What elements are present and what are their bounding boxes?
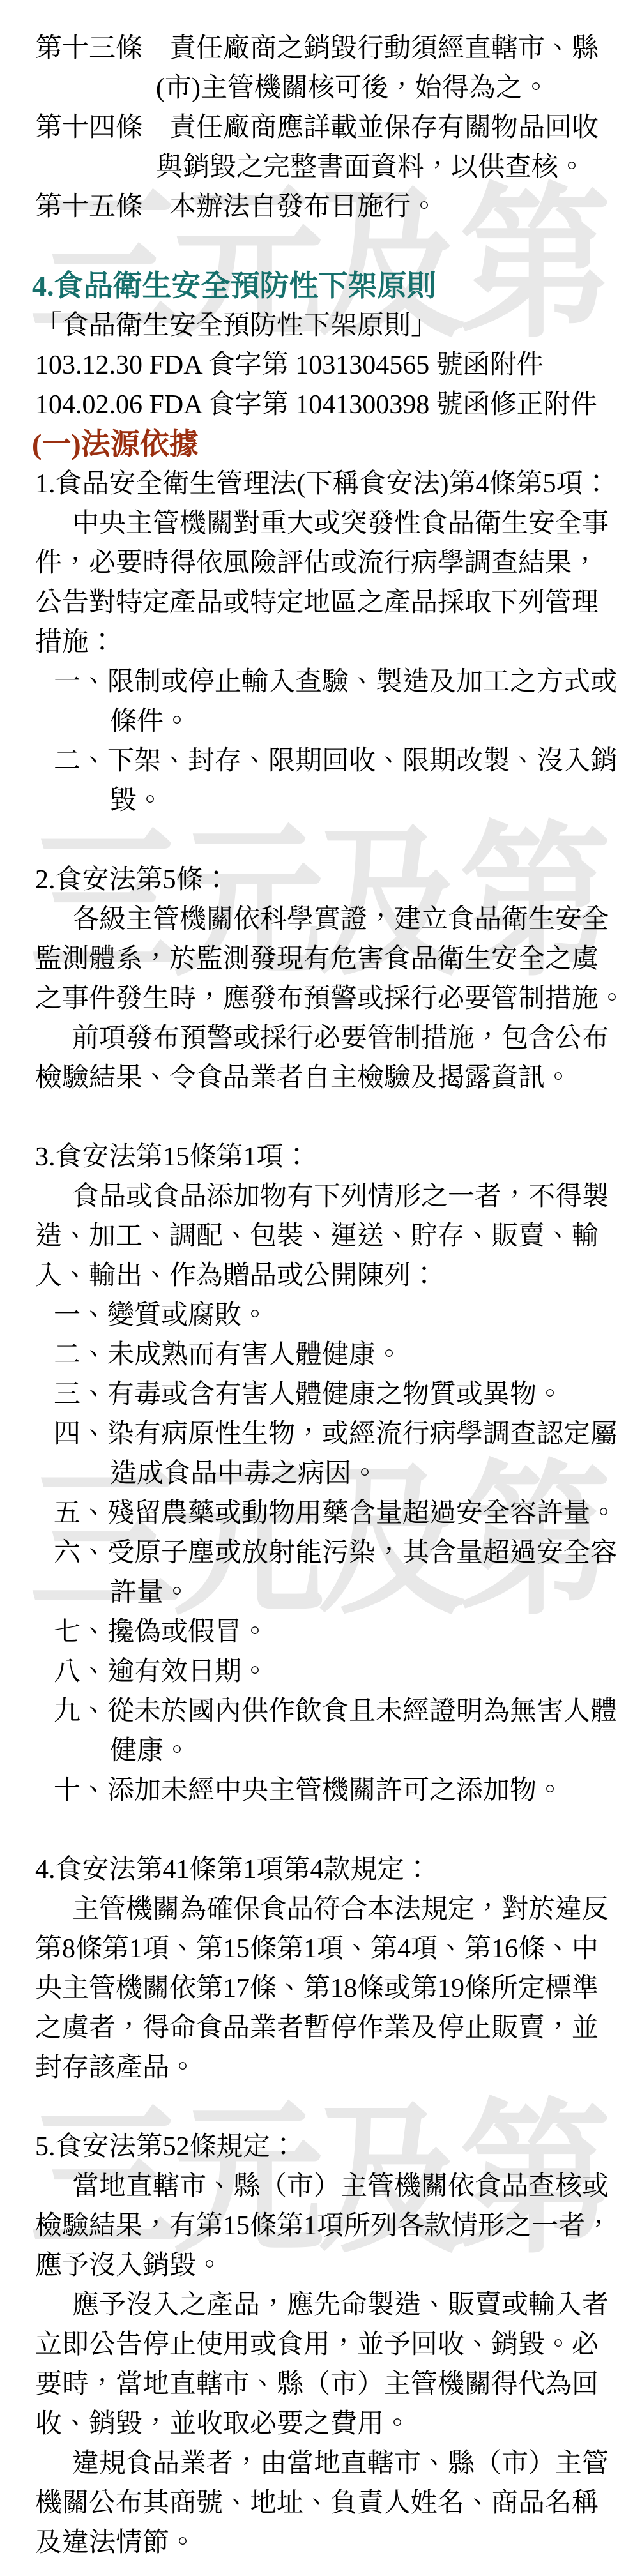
section-heading-red: (一)法源依據 — [0, 425, 626, 464]
text-line: 第8條第1項、第15條第1項、第4項、第16條、中 — [0, 1929, 626, 1969]
text-line: 3.食安法第15條第1項： — [0, 1137, 626, 1177]
text-line: 央主管機關依第17條、第18條或第19條所定標準 — [0, 1969, 626, 2008]
text-line: 一、變質或腐敗。 — [0, 1296, 626, 1335]
text-line: 九、從未於國內供作飲食且未經證明為無害人體 — [0, 1692, 626, 1731]
text-line: 二、未成熟而有害人體健康。 — [0, 1335, 626, 1375]
text-line: 機關公布其商號、地址、負責人姓名、商品名稱 — [0, 2483, 626, 2523]
text-line: 與銷毀之完整書面資料，以供查核。 — [0, 148, 626, 187]
text-line: 「食品衛生安全預防性下架原則」 — [0, 306, 626, 345]
text-line: 檢驗結果、令食品業者自主檢驗及揭露資訊。 — [0, 1058, 626, 1098]
text-line: 公告對特定產品或特定地區之產品採取下列管理 — [0, 583, 626, 623]
text-line: 當地直轄市、縣（市）主管機關依食品查核或 — [0, 2167, 626, 2206]
text-line: 監測體系，於監測發現有危害食品衛生安全之虞 — [0, 939, 626, 979]
text-line: 件，必要時得依風險評估或流行病學調查結果， — [0, 543, 626, 583]
text-line: 立即公告停止使用或食用，並予回收、銷毀。必 — [0, 2325, 626, 2365]
text-line: 前項發布預警或採行必要管制措施，包含公布 — [0, 1019, 626, 1058]
blank-line — [0, 227, 626, 266]
text-line: 之事件發生時，應發布預警或採行必要管制措施。 — [0, 979, 626, 1019]
text-line: 六、受原子塵或放射能污染，其含量超過安全容 — [0, 1533, 626, 1573]
text-line: 五、殘留農藥或動物用藥含量超過安全容許量。 — [0, 1494, 626, 1533]
text-line: 1.食品安全衛生管理法(下稱食安法)第4條第5項： — [0, 464, 626, 504]
text-line: 違規食品業者，由當地直轄市、縣（市）主管 — [0, 2444, 626, 2483]
text-line: (市)主管機關核可後，始得為之。 — [0, 68, 626, 108]
text-line: 檢驗結果，有第15條第1項所列各款情形之一者， — [0, 2206, 626, 2246]
text-line: 第十三條 責任廠商之銷毀行動須經直轄市、縣 — [0, 29, 626, 68]
blank-line — [0, 1098, 626, 1137]
text-line: 中央主管機關對重大或突發性食品衛生安全事 — [0, 504, 626, 543]
text-line: 十、添加未經中央主管機關許可之添加物。 — [0, 1771, 626, 1810]
text-line: 措施： — [0, 623, 626, 662]
text-line: 應予沒入之產品，應先命製造、販賣或輸入者 — [0, 2285, 626, 2325]
text-line: 八、逾有效日期。 — [0, 1652, 626, 1692]
text-line: 四、染有病原性生物，或經流行病學調查認定屬 — [0, 1414, 626, 1454]
blank-line — [0, 2087, 626, 2127]
text-line: 入、輸出、作為贈品或公開陳列： — [0, 1256, 626, 1296]
text-line: 三、有毒或含有害人體健康之物質或異物。 — [0, 1375, 626, 1414]
blank-line — [0, 1810, 626, 1850]
text-line: 5.食安法第52條規定： — [0, 2127, 626, 2167]
text-line: 要時，當地直轄市、縣（市）主管機關得代為回 — [0, 2365, 626, 2404]
text-line: 毀。 — [0, 781, 626, 821]
text-line: 收、銷毀，並收取必要之費用。 — [0, 2404, 626, 2444]
text-line: 主管機關為確保食品符合本法規定，對於違反 — [0, 1890, 626, 1929]
text-line: 第十四條 責任廠商應詳載並保存有關物品回收 — [0, 108, 626, 148]
text-line: 造、加工、調配、包裝、運送、貯存、販賣、輸 — [0, 1216, 626, 1256]
blank-line — [0, 821, 626, 860]
text-line: 二、下架、封存、限期回收、限期改製、沒入銷 — [0, 741, 626, 781]
text-line: 一、限制或停止輸入查驗、製造及加工之方式或 — [0, 662, 626, 702]
section-heading-teal: 4.食品衛生安全預防性下架原則 — [0, 266, 626, 306]
text-line: 封存該產品。 — [0, 2048, 626, 2087]
text-line: 第十五條 本辦法自發布日施行。 — [0, 187, 626, 227]
text-line: 造成食品中毒之病因。 — [0, 1454, 626, 1494]
text-line: 之虞者，得命食品業者暫停作業及停止販賣，並 — [0, 2008, 626, 2048]
text-line: 健康。 — [0, 1731, 626, 1771]
text-line: 2.食安法第5條： — [0, 860, 626, 900]
text-line: 4.食安法第41條第1項第4款規定： — [0, 1850, 626, 1890]
text-line: 七、攙偽或假冒。 — [0, 1612, 626, 1652]
text-line: 許量。 — [0, 1573, 626, 1612]
document-page: 三元及第三元及第三元及第三元及第 第十三條 責任廠商之銷毀行動須經直轄市、縣(市… — [0, 0, 626, 2576]
text-line: 條件。 — [0, 702, 626, 741]
document-text: 第十三條 責任廠商之銷毀行動須經直轄市、縣(市)主管機關核可後，始得為之。第十四… — [0, 0, 626, 2563]
text-line: 及違法情節。 — [0, 2523, 626, 2563]
text-line: 應予沒入銷毀。 — [0, 2246, 626, 2285]
text-line: 食品或食品添加物有下列情形之一者，不得製 — [0, 1177, 626, 1216]
text-line: 104.02.06 FDA 食字第 1041300398 號函修正附件 — [0, 385, 626, 425]
text-line: 各級主管機關依科學實證，建立食品衛生安全 — [0, 900, 626, 939]
text-line: 103.12.30 FDA 食字第 1031304565 號函附件 — [0, 345, 626, 385]
